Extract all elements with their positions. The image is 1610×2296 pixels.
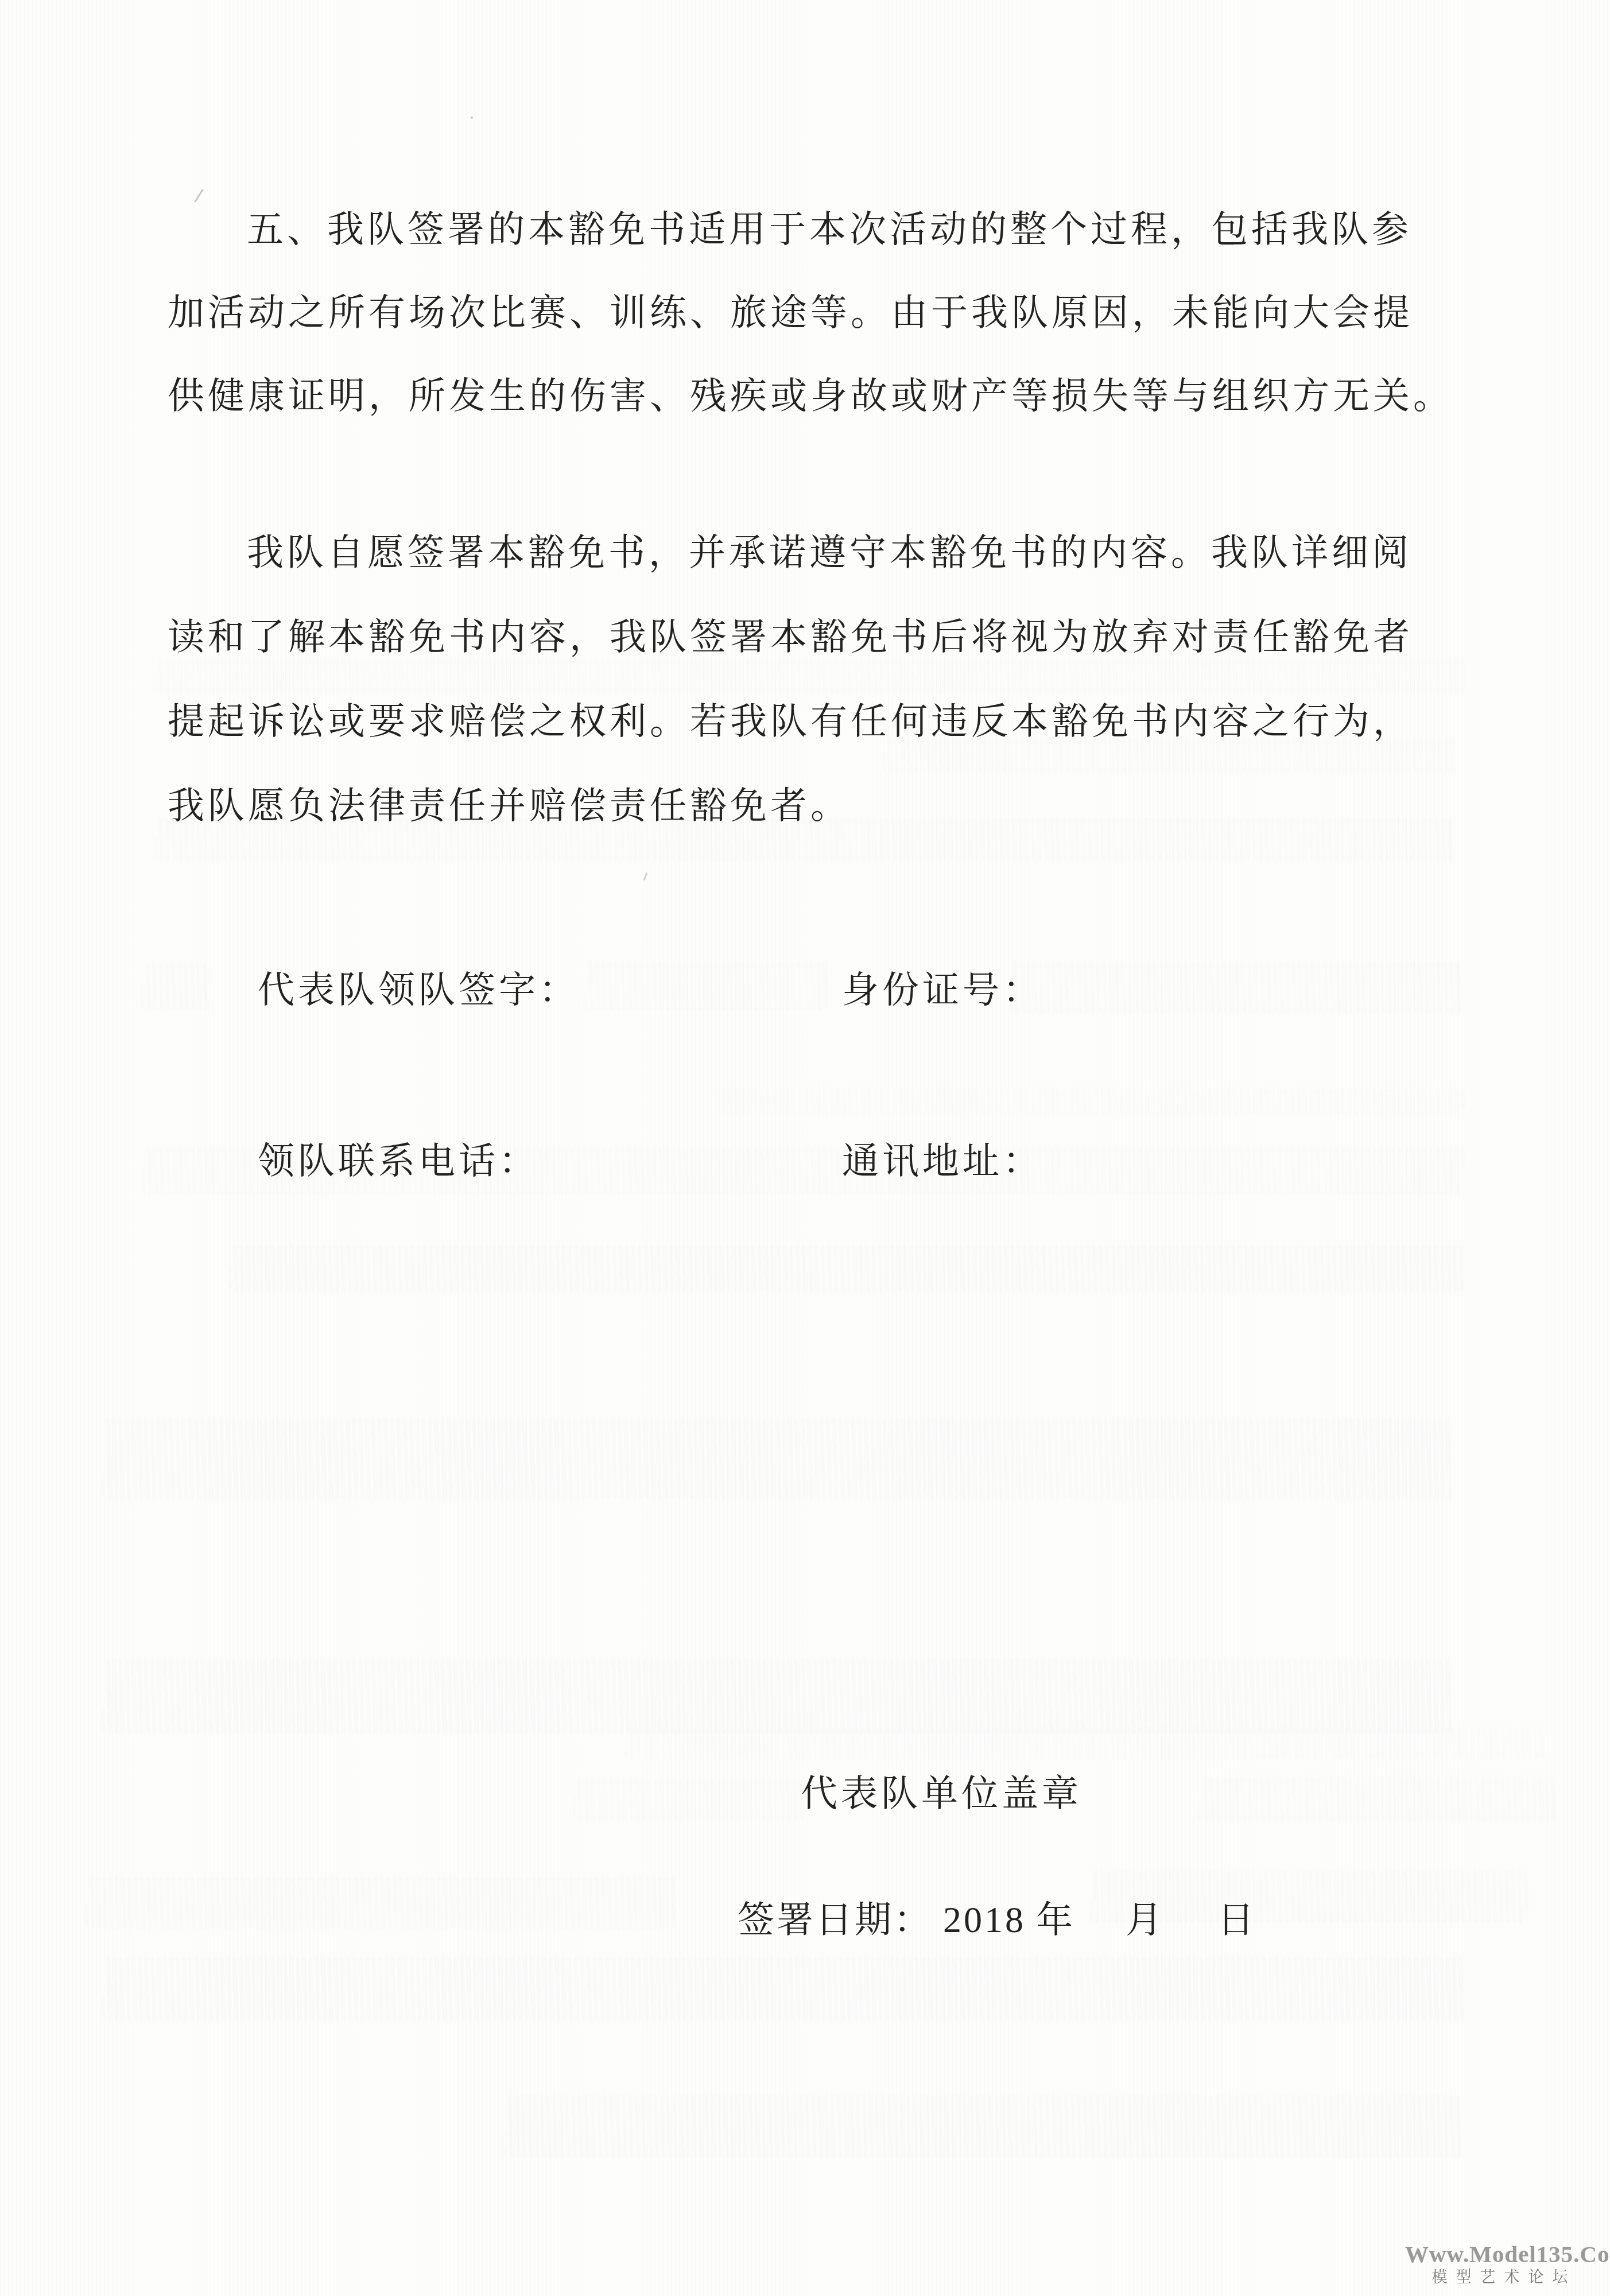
- id-number-label: 身份证号：: [842, 970, 1043, 1010]
- bleed-through-band: [103, 1659, 1452, 1733]
- paragraph2-line1: 我队自愿签署本豁免书，并承诺遵守本豁免书的内容。我队详细阅: [247, 533, 1412, 573]
- scan-speck: [643, 872, 648, 881]
- watermark-forum-text: 模型艺术论坛: [1405, 2269, 1603, 2286]
- scan-speck: [471, 117, 473, 119]
- leader-phone-label: 领队联系电话：: [258, 1141, 539, 1181]
- paragraph2-line3: 提起诉讼或要求赔偿之权利。若我队有任何违反本豁免书内容之行为，: [168, 701, 1413, 742]
- bleed-through-band: [585, 961, 827, 1010]
- paragraph1-line1: 五、我队签署的本豁免书适用于本次活动的整个过程，包括我队参: [247, 210, 1412, 250]
- bleed-through-band: [626, 1728, 1544, 1759]
- bleed-through-band: [505, 2095, 1464, 2158]
- sign-date-month-unit: 月: [1126, 1899, 1165, 1940]
- unit-stamp-label: 代表队单位盖章: [801, 1774, 1082, 1814]
- sign-date-line: 签署日期：2018年月日: [738, 1890, 1256, 1943]
- bleed-through-band: [574, 1779, 804, 1820]
- mailing-address-label: 通讯地址：: [842, 1141, 1043, 1181]
- paragraph1-line3: 供健康证明，所发生的伤害、残疾或身故或财产等损失等与组织方无关。: [168, 376, 1453, 416]
- paragraph1-line2: 加活动之所有场次比赛、训练、旅途等。由于我队原因，未能向大会提: [168, 293, 1413, 333]
- bleed-through-band: [155, 660, 1464, 695]
- bleed-through-band: [230, 1246, 1464, 1291]
- bleed-through-band: [717, 1088, 1464, 1114]
- bleed-through-band: [86, 1877, 677, 1929]
- bleed-through-band: [103, 1957, 1464, 2020]
- bleed-through-band: [142, 964, 211, 1010]
- bleed-through-band: [884, 738, 1458, 772]
- bleed-through-band: [1200, 1777, 1555, 1822]
- sign-date-day-unit: 日: [1217, 1899, 1256, 1940]
- bleed-through-band: [1010, 961, 1464, 1013]
- scan-speck: [194, 189, 203, 203]
- bleed-through-band: [103, 1418, 1452, 1498]
- watermark: Www.Model135.Com 模型艺术论坛: [1405, 2241, 1603, 2286]
- leader-signature-label: 代表队领队签字：: [258, 970, 579, 1010]
- sign-date-year: 2018: [943, 1899, 1026, 1940]
- watermark-site-text: Www.Model135.Com: [1405, 2241, 1603, 2267]
- sign-date-label: 签署日期：: [738, 1899, 933, 1940]
- scanned-waiver-document-page: 五、我队签署的本豁免书适用于本次活动的整个过程，包括我队参 加活动之所有场次比赛…: [0, 0, 1610, 2296]
- sign-date-year-unit: 年: [1036, 1899, 1075, 1940]
- paragraph2-line4: 我队愿负法律责任并赔偿责任豁免者。: [168, 786, 851, 826]
- paragraph2-line2: 读和了解本豁免书内容，我队签署本豁免书后将视为放弃对责任豁免者: [168, 617, 1413, 657]
